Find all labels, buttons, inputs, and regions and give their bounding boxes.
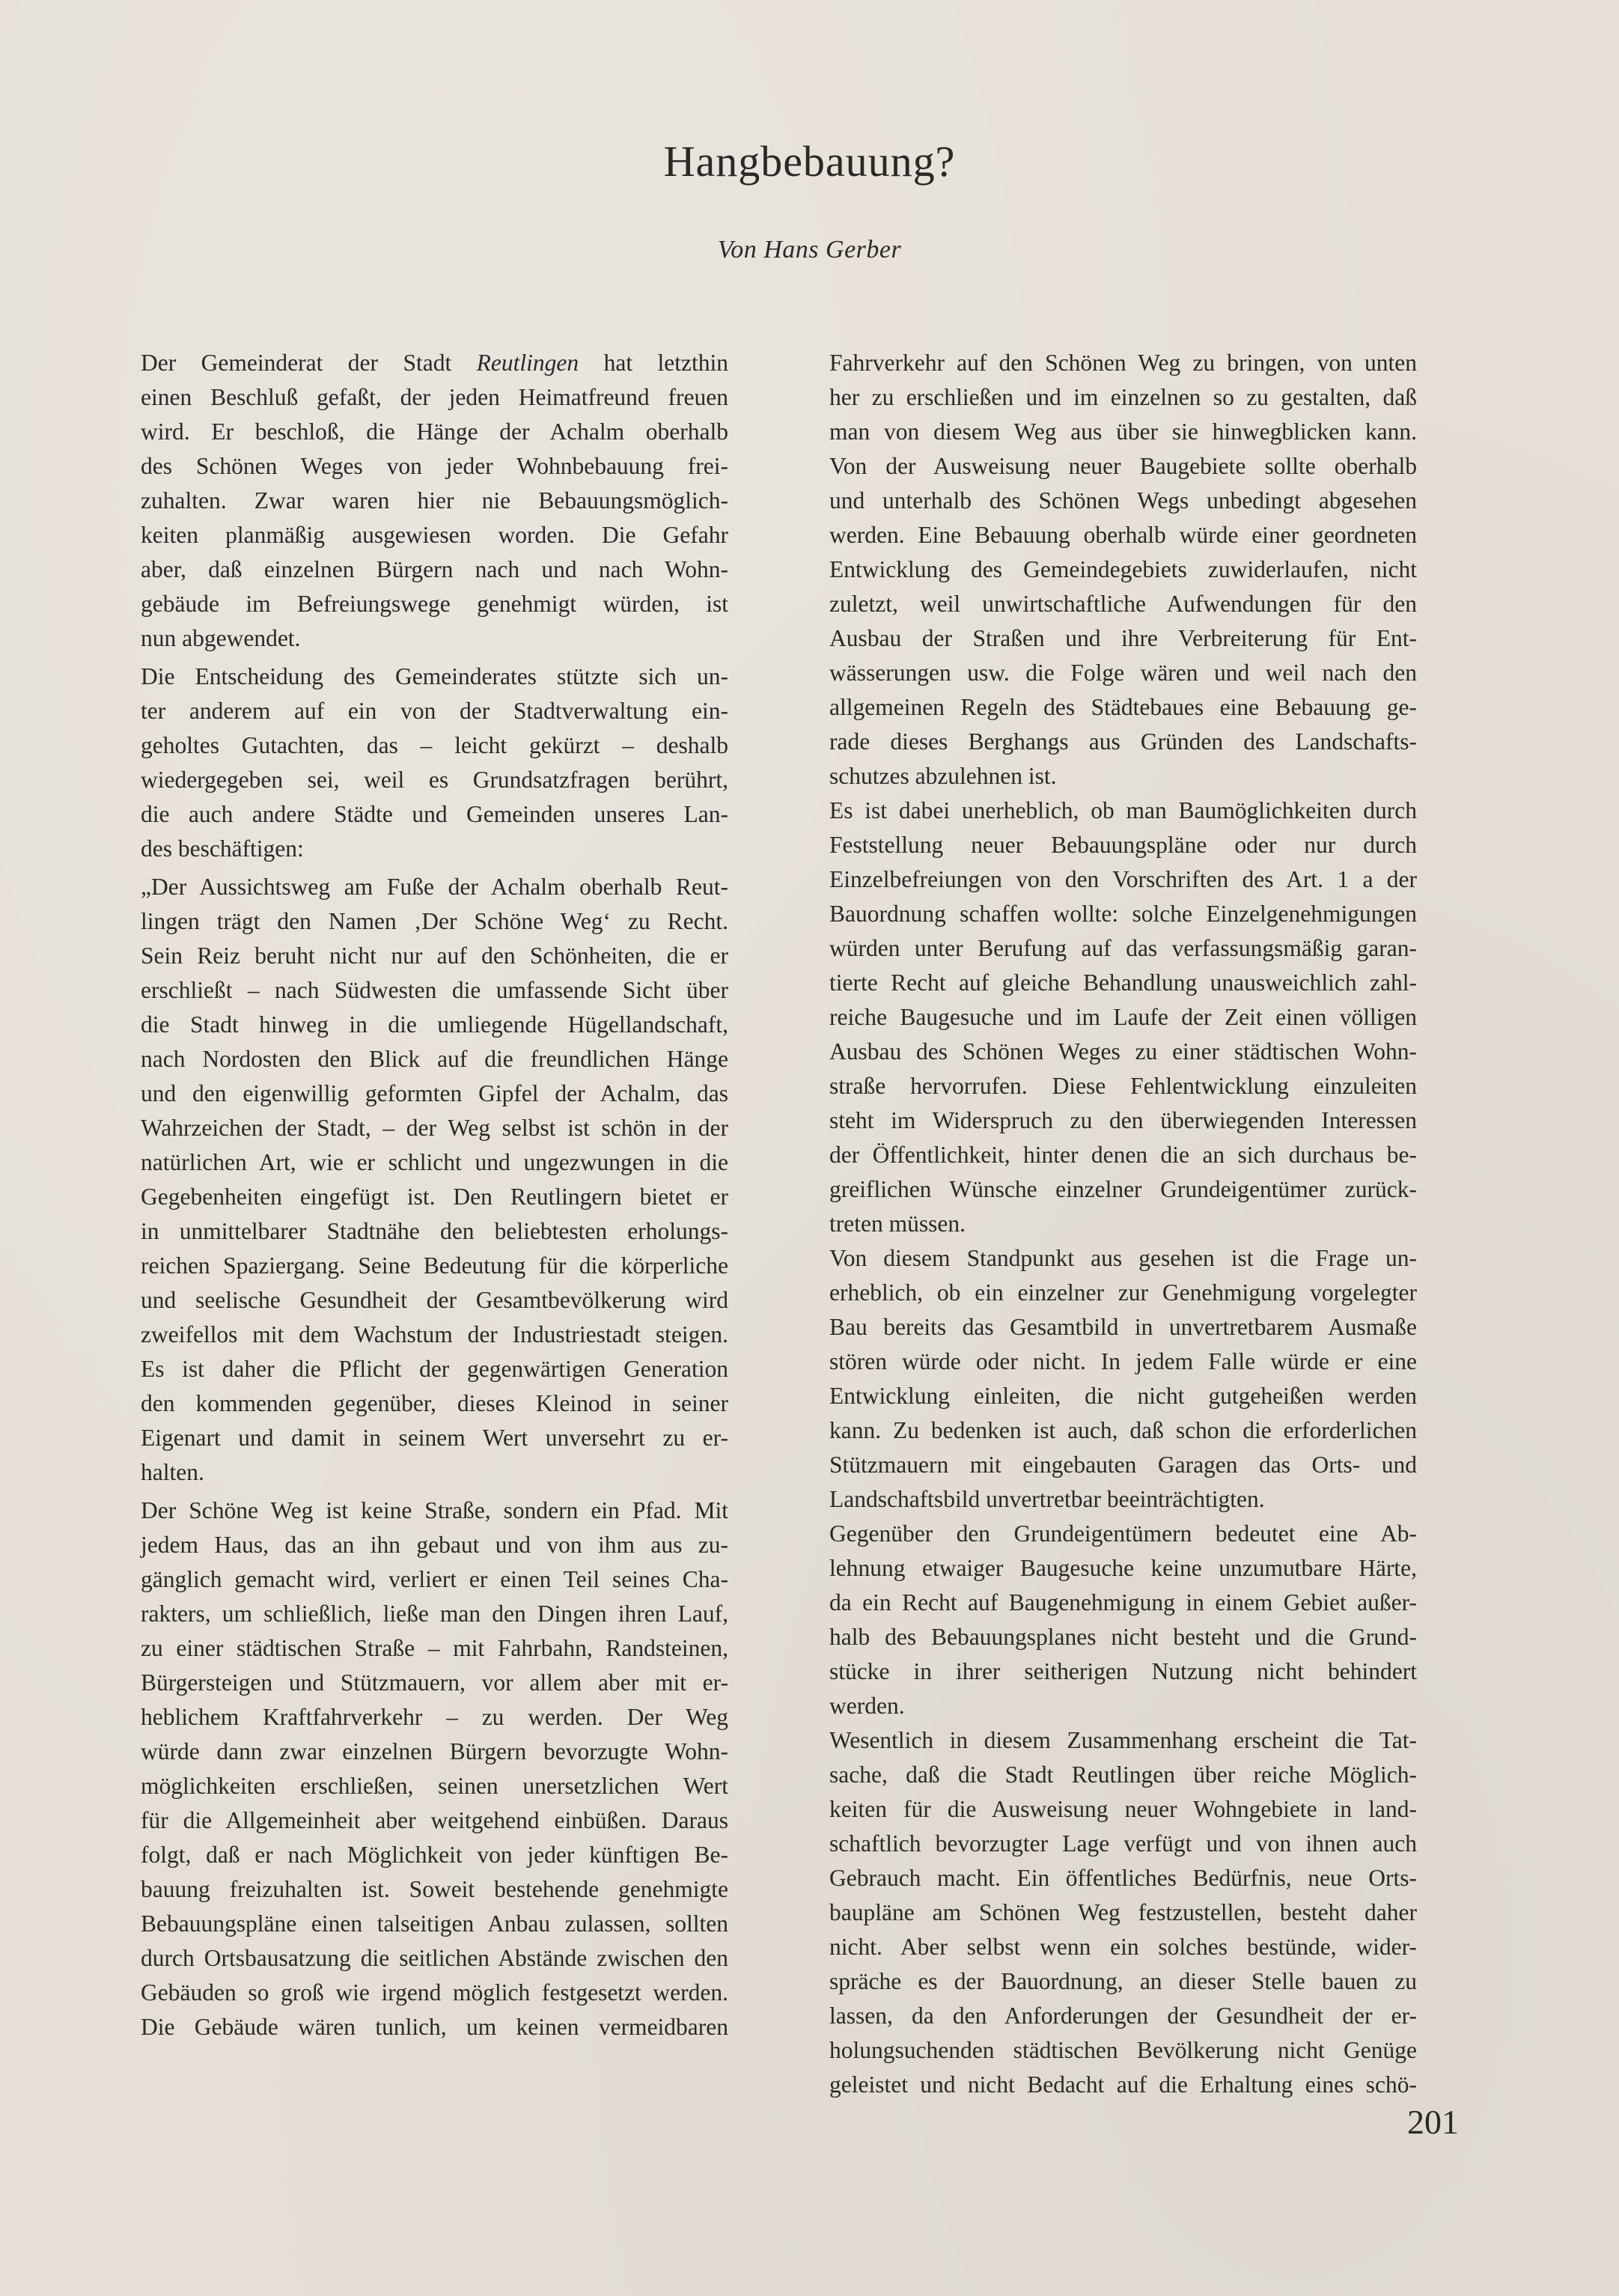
text-line: rade dieses Berghangs aus Gründen des La…: [829, 725, 1417, 759]
text-line: Feststellung neuer Bebauungspläne oder n…: [829, 828, 1417, 862]
text-line: Wahrzeichen der Stadt, – der Weg selbst …: [141, 1111, 728, 1145]
page-number: 201: [1407, 2102, 1459, 2142]
text-line: nun abgewendet.: [141, 621, 728, 656]
text-line: Von diesem Standpunkt aus gesehen ist di…: [829, 1241, 1417, 1276]
scanned-page: Hangbebauung? Von Hans Gerber Der Gemein…: [0, 0, 1619, 2296]
text-line: werden.: [829, 1689, 1417, 1723]
text-line: man von diesem Weg aus über sie hinwegbl…: [829, 415, 1417, 449]
text-line: Wesentlich in diesem Zusammenhang ersche…: [829, 1723, 1417, 1758]
text-line: bauung freizuhalten ist. Soweit bestehen…: [141, 1872, 728, 1907]
text-line: Entwicklung des Gemeindegebiets zuwiderl…: [829, 552, 1417, 587]
text-line: Von der Ausweisung neuer Baugebiete soll…: [829, 449, 1417, 484]
text-line: für die Allgemeinheit aber weitgehend ei…: [141, 1803, 728, 1838]
text-line: würden unter Berufung auf das verfassung…: [829, 931, 1417, 966]
text-line: Entwicklung einleiten, die nicht gutgehe…: [829, 1379, 1417, 1413]
text-column-right: Fahrverkehr auf den Schönen Weg zu bring…: [829, 346, 1417, 2102]
text-line: folgt, daß er nach Möglichkeit von jeder…: [141, 1838, 728, 1872]
article-byline: Von Hans Gerber: [0, 236, 1619, 264]
text-line: Fahrverkehr auf den Schönen Weg zu bring…: [829, 346, 1417, 380]
article-title: Hangbebauung?: [0, 136, 1619, 186]
text-line: Die Gebäude wären tunlich, um keinen ver…: [141, 2010, 728, 2044]
text-line: keiten für die Ausweisung neuer Wohngebi…: [829, 1792, 1417, 1827]
text-line: natürlichen Art, wie er schlicht und ung…: [141, 1145, 728, 1180]
text-line: lassen, da den Anforderungen der Gesundh…: [829, 1999, 1417, 2033]
text-line: Sein Reiz beruht nicht nur auf den Schön…: [141, 939, 728, 973]
text-line: der Öffentlichkeit, hinter denen die an …: [829, 1138, 1417, 1172]
text-line: Gegebenheiten eingefügt ist. Den Reutlin…: [141, 1180, 728, 1214]
text-line: reiche Baugesuche und im Laufe der Zeit …: [829, 1000, 1417, 1035]
text-line: und seelische Gesundheit der Gesamtbevöl…: [141, 1283, 728, 1318]
text-line: nach Nordosten den Blick auf die freundl…: [141, 1042, 728, 1077]
text-line: stücke in ihrer seitherigen Nutzung nich…: [829, 1654, 1417, 1689]
text-line: Ausbau der Straßen und ihre Verbreiterun…: [829, 621, 1417, 656]
text-line: „Der Aussichtsweg am Fuße der Achalm obe…: [141, 870, 728, 904]
text-line: erschließt – nach Südwesten die umfassen…: [141, 973, 728, 1008]
text-line: durch Ortsbausatzung die seitlichen Abst…: [141, 1941, 728, 1976]
text-line: schaftlich bevorzugter Lage verfügt und …: [829, 1827, 1417, 1861]
text-line: und unterhalb des Schönen Wegs unbedingt…: [829, 484, 1417, 518]
text-line: Der Schöne Weg ist keine Straße, sondern…: [141, 1493, 728, 1528]
text-line: sache, daß die Stadt Reutlingen über rei…: [829, 1758, 1417, 1792]
text-line: her zu erschließen und im einzelnen so z…: [829, 380, 1417, 415]
text-line: zweifellos mit dem Wachstum der Industri…: [141, 1318, 728, 1352]
text-column-left: Der Gemeinderat der Stadt Reutlingen hat…: [141, 346, 728, 2044]
text-line: geholtes Gutachten, das – leicht gekürzt…: [141, 728, 728, 763]
text-line: da ein Recht auf Baugenehmigung in einem…: [829, 1586, 1417, 1620]
text-line: Gebäuden so groß wie irgend möglich fest…: [141, 1976, 728, 2010]
text-line: des beschäftigen:: [141, 832, 728, 866]
text-line: Gegenüber den Grundeigentümern bedeutet …: [829, 1517, 1417, 1551]
text-line: tierte Recht auf gleiche Behandlung unau…: [829, 966, 1417, 1000]
text-line: einen Beschluß gefaßt, der jeden Heimatf…: [141, 380, 728, 415]
text-line: geleistet und nicht Bedacht auf die Erha…: [829, 2068, 1417, 2102]
text-line: spräche es der Bauordnung, an dieser Ste…: [829, 1964, 1417, 1999]
text-line: Gebrauch macht. Ein öffentliches Bedürfn…: [829, 1861, 1417, 1895]
text-line: Bebauungspläne einen talseitigen Anbau z…: [141, 1907, 728, 1941]
text-line: gänglich gemacht wird, verliert er einen…: [141, 1562, 728, 1597]
text-line: Bauordnung schaffen wollte: solche Einze…: [829, 897, 1417, 931]
text-line: keiten planmäßig ausgewiesen worden. Die…: [141, 518, 728, 552]
text-line: rakters, um schließlich, ließe man den D…: [141, 1597, 728, 1631]
text-line: holungsuchenden städtischen Bevölkerung …: [829, 2033, 1417, 2068]
text-line: gebäude im Befreiungswege genehmigt würd…: [141, 587, 728, 621]
text-line: stören würde oder nicht. In jedem Falle …: [829, 1345, 1417, 1379]
text-line: Stützmauern mit eingebauten Garagen das …: [829, 1448, 1417, 1482]
text-line: Bau bereits das Gesamtbild in unvertretb…: [829, 1310, 1417, 1345]
text-line: baupläne am Schönen Weg festzustellen, b…: [829, 1895, 1417, 1930]
text-line: aber, daß einzelnen Bürgern nach und nac…: [141, 552, 728, 587]
text-line: reichen Spaziergang. Seine Bedeutung für…: [141, 1249, 728, 1283]
text-line: Eigenart und damit in seinem Wert unvers…: [141, 1421, 728, 1455]
text-line: schutzes abzulehnen ist.: [829, 759, 1417, 794]
text-line: nicht. Aber selbst wenn ein solches best…: [829, 1930, 1417, 1964]
text-line: in unmittelbarer Stadtnähe den beliebtes…: [141, 1214, 728, 1249]
text-line: halb des Bebauungsplanes nicht besteht u…: [829, 1620, 1417, 1654]
text-line: wässerungen usw. die Folge wären und wei…: [829, 656, 1417, 690]
italic-place-name: Reutlingen: [477, 350, 579, 376]
text-line: Ausbau des Schönen Weges zu einer städti…: [829, 1035, 1417, 1069]
text-line: lingen trägt den Namen ‚Der Schöne Weg‘ …: [141, 904, 728, 939]
text-line: halten.: [141, 1455, 728, 1490]
text-line: Bürgersteigen und Stützmauern, vor allem…: [141, 1666, 728, 1700]
text-line: Die Entscheidung des Gemeinderates stütz…: [141, 660, 728, 694]
text-line: jedem Haus, das an ihn gebaut und von ih…: [141, 1528, 728, 1562]
text-line: allgemeinen Regeln des Städtebaues eine …: [829, 690, 1417, 725]
text-line: möglichkeiten erschließen, seinen unerse…: [141, 1769, 728, 1803]
text-line: die auch andere Städte und Gemeinden uns…: [141, 797, 728, 832]
text-line: Einzelbefreiungen von den Vorschriften d…: [829, 862, 1417, 897]
text-line: zuletzt, weil unwirtschaftliche Aufwendu…: [829, 587, 1417, 621]
text-line: werden. Eine Bebauung oberhalb würde ein…: [829, 518, 1417, 552]
text-line: zuhalten. Zwar waren hier nie Bebauungsm…: [141, 484, 728, 518]
text-line: würde dann zwar einzelnen Bürgern bevorz…: [141, 1735, 728, 1769]
text-line: Landschaftsbild unvertretbar beeinträcht…: [829, 1482, 1417, 1517]
text-line: wiedergegeben sei, weil es Grundsatzfrag…: [141, 763, 728, 797]
text-line: des Schönen Weges von jeder Wohnbebauung…: [141, 449, 728, 484]
text-line: zu einer städtischen Straße – mit Fahrba…: [141, 1631, 728, 1666]
text-line: erheblich, ob ein einzelner zur Genehmig…: [829, 1276, 1417, 1310]
text-line: wird. Er beschloß, die Hänge der Achalm …: [141, 415, 728, 449]
text-line: ter anderem auf ein von der Stadtverwalt…: [141, 694, 728, 728]
text-line: Der Gemeinderat der Stadt Reutlingen hat…: [141, 346, 728, 380]
text-line: straße hervorrufen. Diese Fehlentwicklun…: [829, 1069, 1417, 1103]
text-line: lehnung etwaiger Baugesuche keine unzumu…: [829, 1551, 1417, 1586]
text-line: kann. Zu bedenken ist auch, daß schon di…: [829, 1413, 1417, 1448]
text-line: und den eigenwillig geformten Gipfel der…: [141, 1077, 728, 1111]
text-line: die Stadt hinweg in die umliegende Hügel…: [141, 1008, 728, 1042]
text-line: Es ist dabei unerheblich, ob man Baumögl…: [829, 794, 1417, 828]
text-line: treten müssen.: [829, 1207, 1417, 1241]
text-line: Es ist daher die Pflicht der gegenwärtig…: [141, 1352, 728, 1386]
text-line: steht im Widerspruch zu den überwiegende…: [829, 1103, 1417, 1138]
text-line: heblichem Kraftfahrverkehr – zu werden. …: [141, 1700, 728, 1735]
text-line: den kommenden gegenüber, dieses Kleinod …: [141, 1386, 728, 1421]
text-line: greiflichen Wünsche einzelner Grundeigen…: [829, 1172, 1417, 1207]
